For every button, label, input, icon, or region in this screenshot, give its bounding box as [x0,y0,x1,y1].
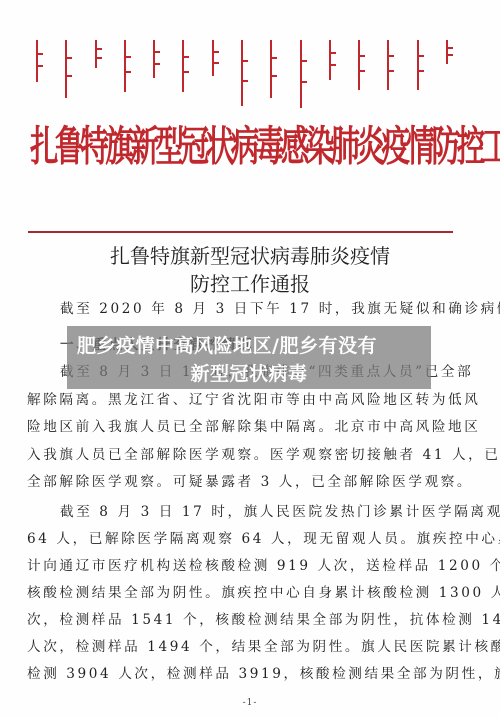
paragraph-line: 检测 3904 人次，检测样品 3919，核酸检测结果全部为阴性，旗中 [27,662,477,682]
mongolian-glyph [95,40,105,68]
mongolian-glyph [270,40,280,98]
mongolian-glyph [182,40,192,92]
paragraph-line: 险地区前入我旗人员已全部解除集中隔离。北京市中高风险地区 [27,415,477,435]
mongolian-glyph [241,40,251,106]
mongolian-glyph [124,40,134,92]
paragraph-line: 计向通辽市医疗机构送检核酸检测 919 人次，送检样品 1200 个， [27,554,477,574]
document-title-line2: 防控工作通报 [0,268,500,297]
mongolian-glyph [417,40,427,90]
summary-line: 截至 2020 年 8 月 3 日下午 17 时，我旗无疑似和确诊病例。 [60,297,500,317]
paragraph-line: 解除隔离。黑龙江省、辽宁省沈阳市等由中高风险地区转为低风 [27,388,477,408]
mongolian-glyph [446,40,456,64]
mongolian-glyph [212,40,222,76]
paragraph-line: 入我旗人员已全部解除医学观察。医学观察密切接触者 41 人，已 [27,443,477,463]
mongolian-glyph [36,40,46,82]
paragraph-line: 核酸检测结果全部为阴性。旗疾控中心自身累计核酸检测 1300 人 [27,581,477,601]
paragraph-line: 64 人，已解除医学隔离观察 64 人，现无留观人员。旗疾控中心累 [27,527,477,547]
mongolian-glyph [300,40,310,108]
red-header-rule [28,231,453,233]
mongolian-glyph [358,40,368,90]
issuing-organization-title: 扎鲁特旗新型冠状病毒感染肺炎疫情防控工作指挥部 [30,114,470,173]
mongolian-glyph [153,40,163,78]
paragraph-line: 全部解除医学观察。可疑暴露者 3 人，已全部解除医学观察。 [27,470,477,490]
headline-overlay: 肥乡疫情中高风险地区/肥乡有没有 新型冠状病毒 [67,326,431,389]
mongolian-script-header [36,40,456,115]
page-number: -1- [0,698,500,708]
mongolian-glyph [387,40,397,90]
mongolian-glyph [65,40,75,98]
paragraph-line: 次，检测样品 1541 个，核酸检测结果全部为阴性，抗体检测 1494 [27,608,477,628]
document-title-line1: 扎鲁特旗新型冠状病毒肺炎疫情 [0,240,500,269]
overlay-headline-line2: 新型冠状病毒 [67,359,431,386]
paragraph-line: 人次，检测样品 1494 个，结果全部为阴性。旗人民医院累计核酸 [27,635,477,655]
paragraph-line: 截至 8 月 3 日 17 时，旗人民医院发热门诊累计医学隔离观察 [60,500,500,520]
mongolian-glyph [329,40,339,80]
document-page: 扎鲁特旗新型冠状病毒感染肺炎疫情防控工作指挥部 扎鲁特旗新型冠状病毒肺炎疫情 防… [0,0,500,716]
overlay-headline-line1: 肥乡疫情中高风险地区/肥乡有没有 [63,331,441,358]
